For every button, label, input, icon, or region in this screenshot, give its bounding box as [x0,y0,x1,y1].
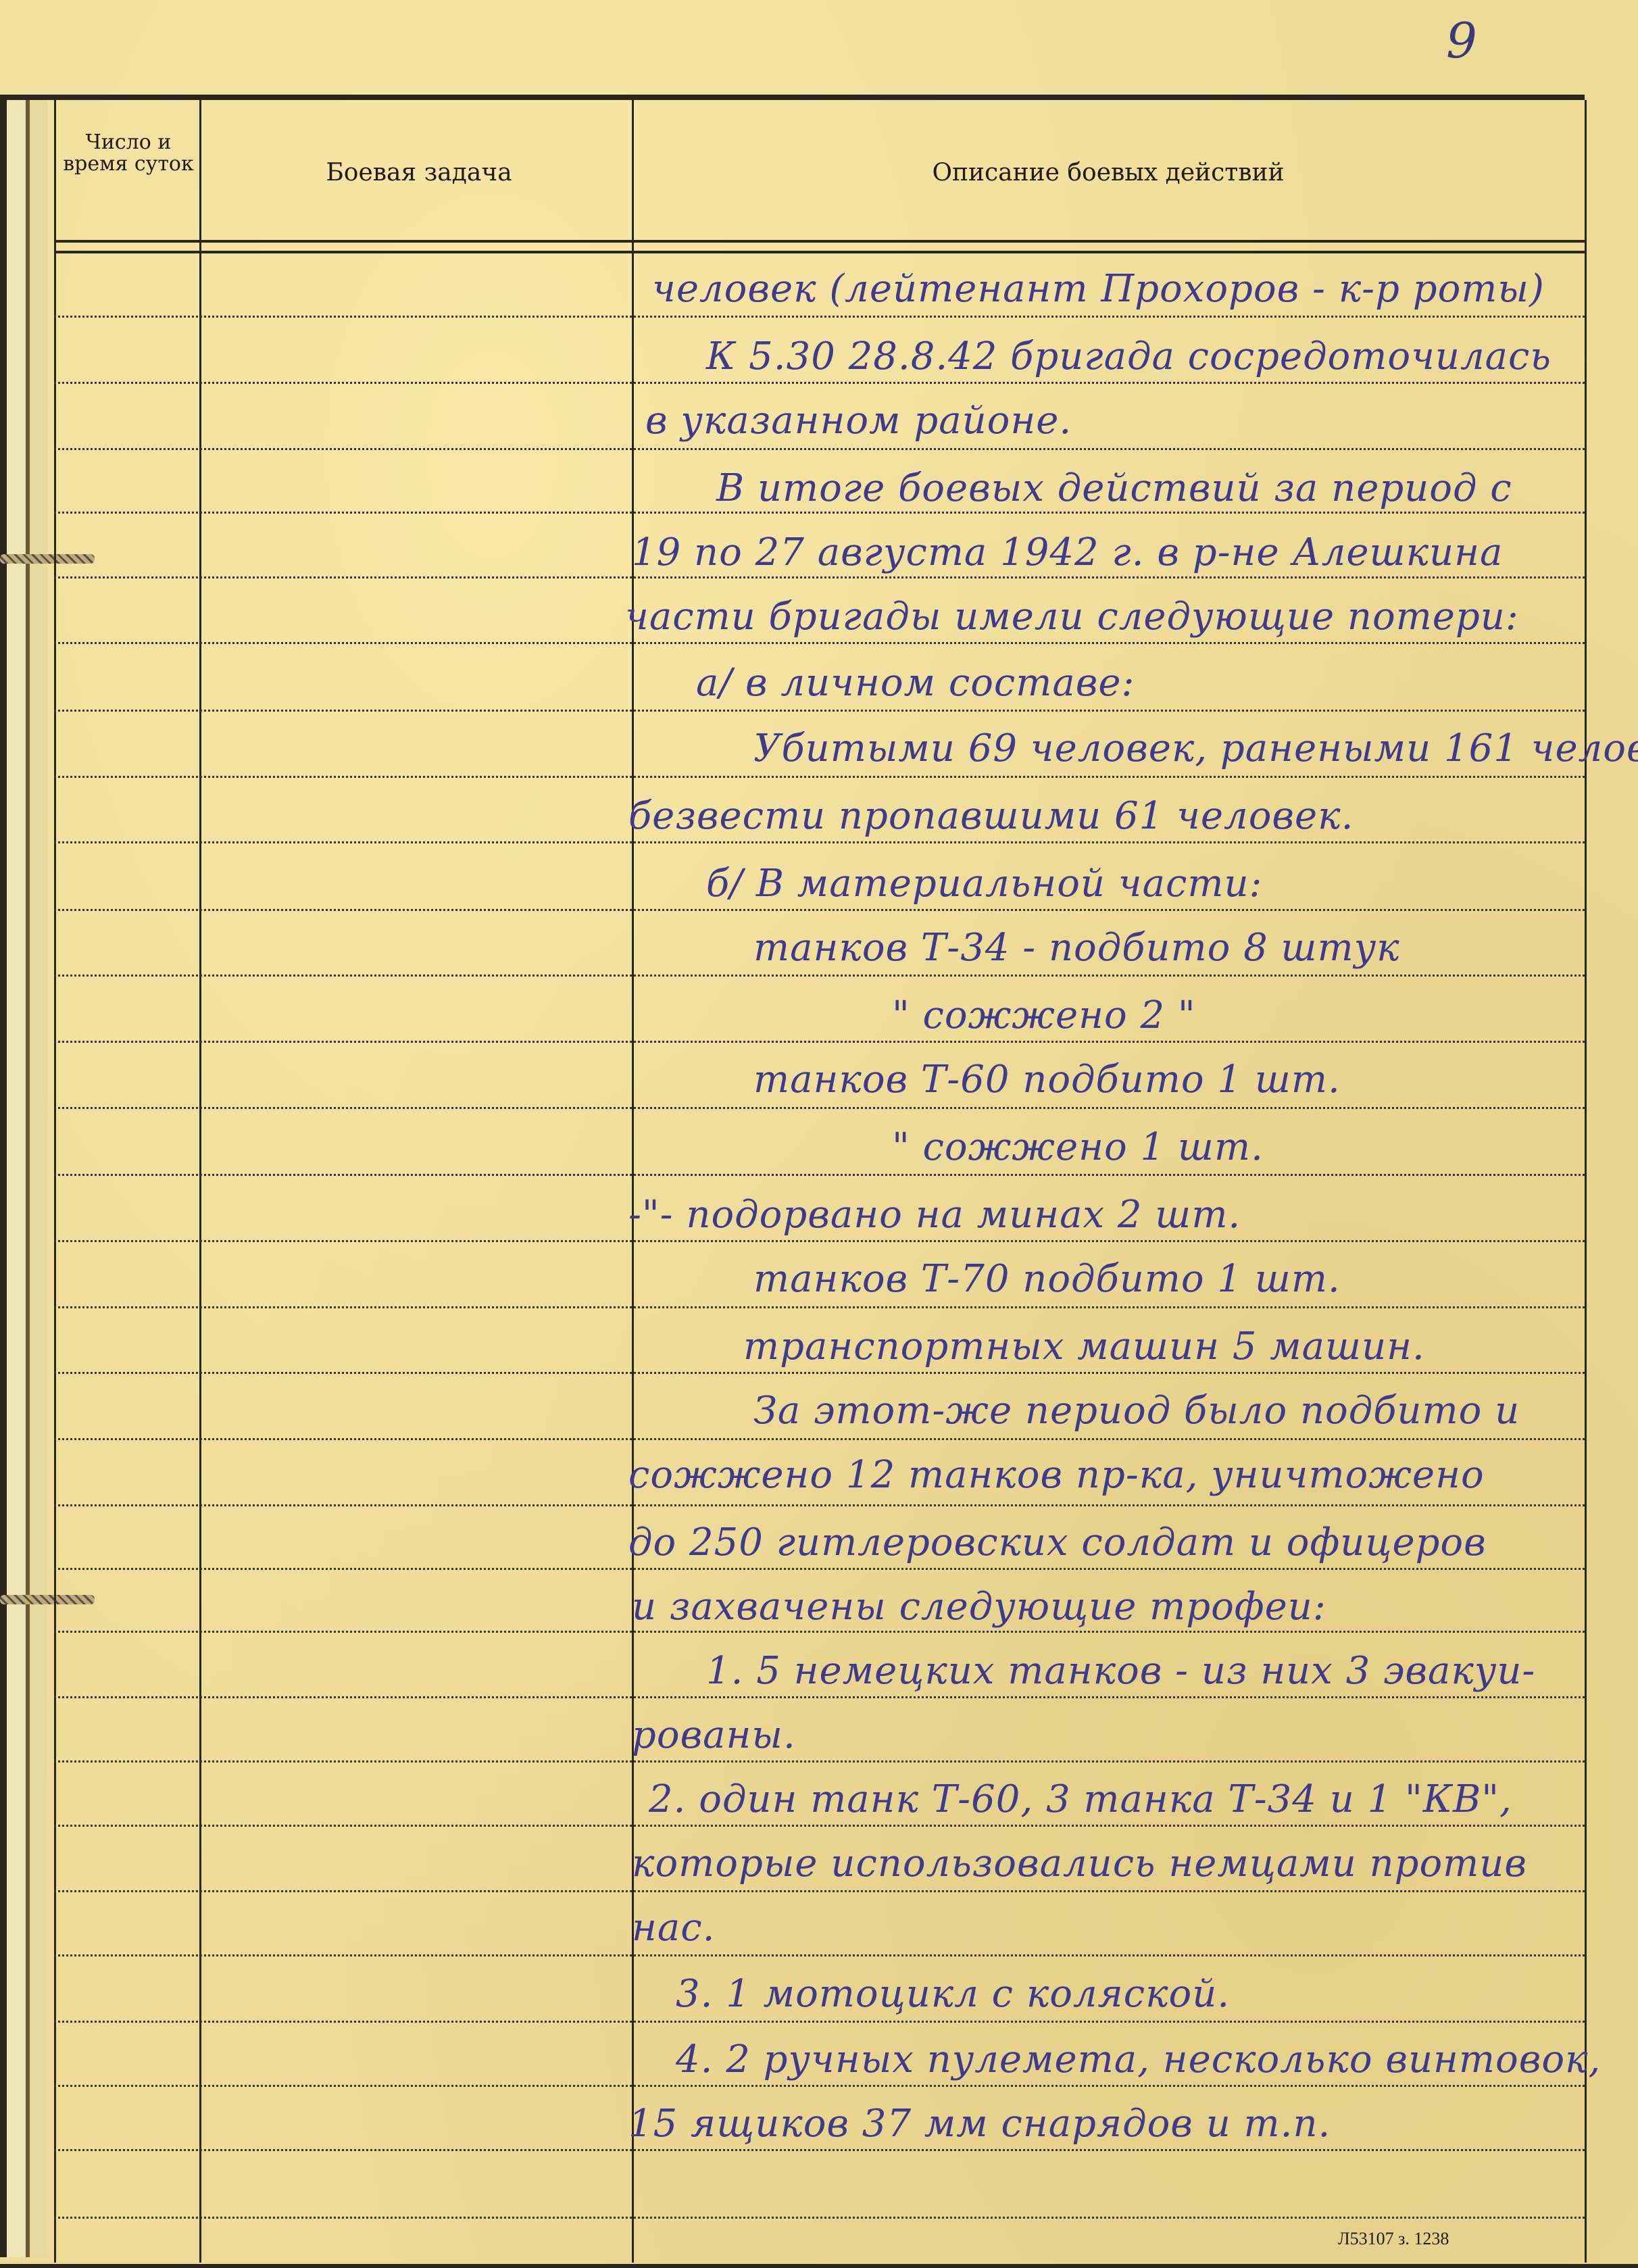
handwritten-line: " сожжено 1 шт. [892,1125,1264,1169]
handwritten-line: В итоге боевых действий за период с [716,466,1512,510]
header-date-time: Число и время суток [61,132,196,175]
handwritten-line: и захвачены следующие трофеи: [632,1585,1326,1629]
handwritten-line: безвести пропавшими 61 человек. [628,794,1354,838]
handwritten-line: " сожжено 2 " [892,993,1196,1037]
handwritten-line: человек (лейтенант Прохоров - к-р роты) [652,267,1545,311]
table-top-border [0,95,1585,100]
handwritten-line: сожжено 12 танков пр-ка, уничтожено [628,1453,1485,1497]
handwritten-line: транспортных машин 5 машин. [743,1325,1425,1369]
handwritten-line: рованы. [632,1713,796,1757]
handwritten-line: 3. 1 мотоцикл с коляской. [676,1972,1230,2016]
handwritten-line: 1. 5 немецких танков - из них 3 эвакуи- [706,1649,1535,1693]
column-divider-right [1585,100,1587,2263]
handwritten-line: танков Т-60 подбито 1 шт. [753,1058,1341,1102]
page-number: 9 [1446,12,1477,69]
handwritten-line: 19 по 27 августа 1942 г. в р-не Алешкина [632,531,1503,574]
handwritten-line: Убитыми 69 человек, ранеными 161 человек… [753,726,1638,770]
binding-edge [0,95,47,2257]
handwritten-line: 4. 2 ручных пулемета, несколько винтовок… [676,2038,1601,2081]
header-combat-task: Боевая задача [203,159,635,187]
handwritten-line: которые использовались немцами против [632,1842,1527,1885]
handwritten-line: 2. один танк Т-60, 3 танка Т-34 и 1 "КВ"… [649,1777,1512,1821]
handwritten-line: нас. [632,1906,715,1950]
handwritten-line: -"- подорвано на минах 2 шт. [628,1193,1241,1237]
column-divider-date [199,100,201,2263]
handwritten-line: до 250 гитлеровских солдат и офицеров [628,1521,1487,1564]
header-bottom-border [54,240,1585,253]
binding-thread [0,554,95,564]
handwritten-line: танков Т-70 подбито 1 шт. [753,1257,1341,1301]
handwritten-line: б/ В материальной части: [706,862,1262,906]
handwritten-line: 15 ящиков 37 мм снарядов и т.п. [628,2102,1331,2146]
form-code: Л53107 з. 1238 [1338,2229,1449,2249]
handwritten-line: За этот-же период было подбито и [753,1389,1520,1433]
handwritten-line: в указанном районе. [645,399,1072,443]
handwritten-line: К 5.30 28.8.42 бригада сосредоточилась [706,335,1552,378]
handwritten-line: части бригады имели следующие потери: [625,595,1519,639]
column-divider-left [54,100,56,2263]
handwritten-line: а/ в личном составе: [696,661,1135,705]
bottom-border [0,2264,1638,2268]
handwritten-line: танков Т-34 - подбито 8 штук [753,926,1400,970]
header-combat-description: Описание боевых действий [635,159,1581,187]
binding-thread [0,1595,95,1604]
